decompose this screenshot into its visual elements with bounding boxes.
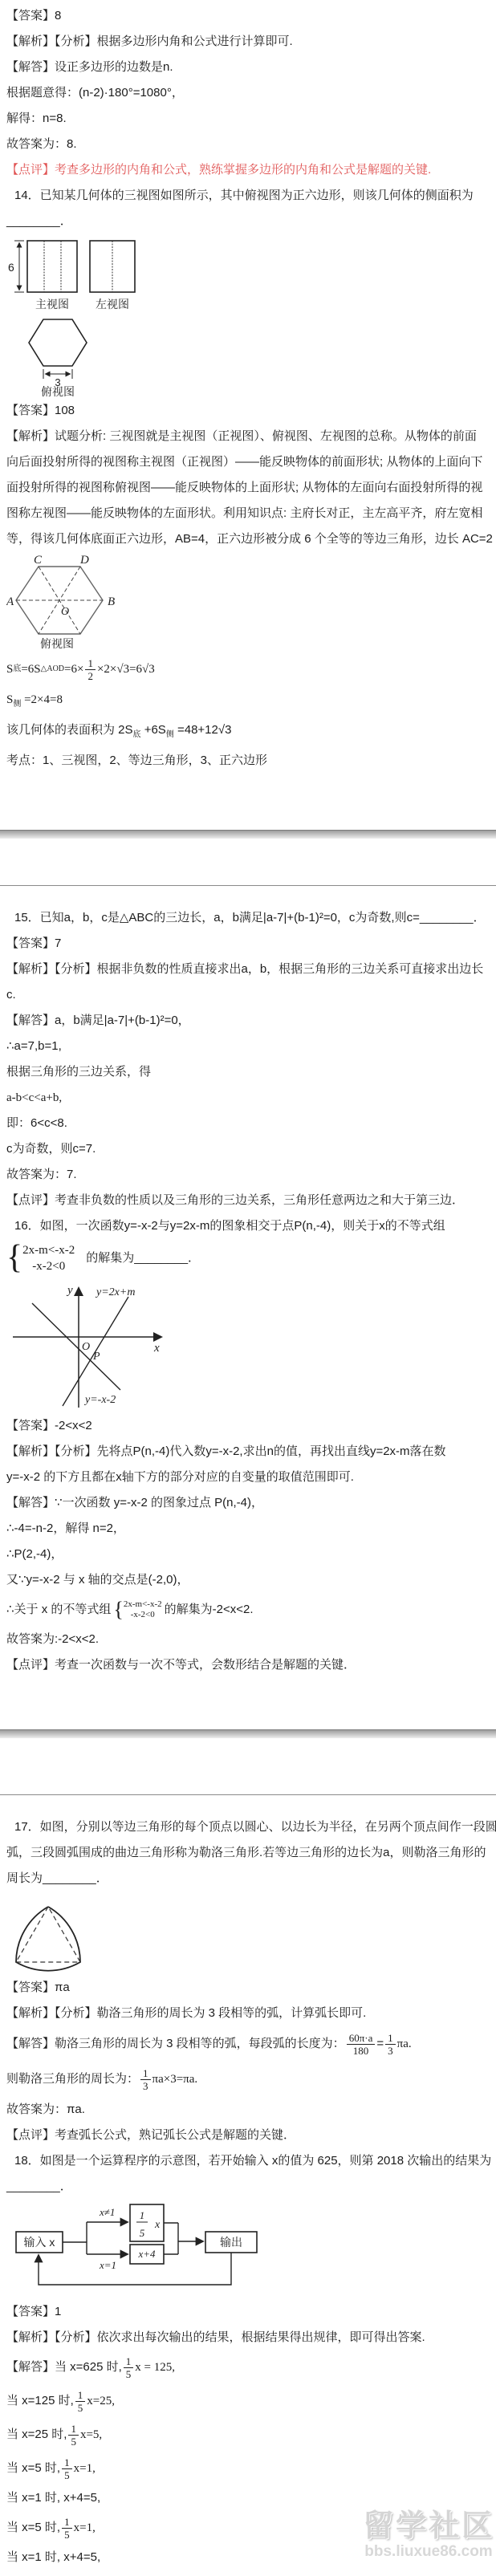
solution-line: 根据三角形的三边关系，得 [6, 1059, 488, 1085]
condition-equal-label: x=1 [99, 2259, 116, 2271]
answer-line: 【答案】108 [6, 398, 488, 424]
function-graph-figure: y x O y=2x+m y=-x-2 P [6, 1279, 179, 1412]
line-y-neg-x-minus-2 [32, 1303, 120, 1390]
math-piece: x = 125, [135, 2350, 175, 2384]
analysis-line: 【解析】【分析】根据非负数的性质直接求出a，b，根据三角形的三边关系可直接求出边… [6, 957, 488, 982]
analysis-line: 面投射所得的视图称俯视图——能反映物体的上面形状; 从物体的左面向右面投射所得的… [6, 475, 488, 501]
math-piece: x=1, [74, 2511, 96, 2545]
origin-label: O [82, 1341, 90, 1353]
answer-line: 【答案】1 [6, 2299, 488, 2325]
inequality-system-small: { 2x-m<-x-2 -x-2<0 [113, 1599, 161, 1620]
solution-line: ∴a=7,b=1, [6, 1034, 488, 1059]
fraction: 15 [62, 2456, 72, 2481]
blank-line: 的解集为________． [86, 1245, 200, 1271]
page-edge-shadow [0, 1729, 496, 1738]
fraction: 15 [68, 2423, 79, 2448]
side-view-caption: 左视图 [96, 298, 129, 311]
page-break [0, 830, 496, 886]
inequality-line-1: 2x-m<-x-2 [22, 1242, 75, 1258]
math-piece: =6S [21, 652, 40, 687]
solution-line-perimeter: 则勒洛三角形的周长为： 13 πa×3=πa. [6, 2062, 488, 2097]
analysis-line: 【解析】【分析】先将点P(n,-4)代入数y=-x-2,求出n的值，再找出直线y… [6, 1439, 488, 1465]
iteration-line: 【解答】当 x=625 时, 15 x = 125, [6, 2350, 488, 2384]
add-box-label: x+4 [137, 2248, 156, 2260]
iteration-line: 当 x=1 时, x+4=5, [6, 2485, 488, 2511]
fraction: 12 [85, 657, 96, 682]
solution-line: 解得：n=8. [6, 106, 488, 132]
math-piece: x=5, [80, 2418, 102, 2452]
math-piece: =2×4=8 [24, 693, 63, 706]
formula-side-area: S侧 =2×4=8 [6, 687, 488, 717]
math-piece: 则勒洛三角形的周长为： [6, 2062, 139, 2097]
math-sub: 侧 [166, 730, 174, 739]
question-line: 弧，三段圆弧围成的曲边三角形称为勒洛三角形.若等边三角形的边长为a，则勒洛三角形… [6, 1840, 488, 1866]
page-edge-shadow [0, 830, 496, 839]
math-piece: πa. [397, 2026, 412, 2062]
answer-line: 【答案】7 [6, 931, 488, 957]
inequality-line-2: -x-2<0 [124, 1610, 162, 1620]
solution-line: 又∵y=-x-2 与 x 轴的交点是(-2,0)， [6, 1567, 488, 1593]
analysis-line: 图称左视图——能反映物体的左面形状。利用知识点: 主府长对正，主左高平齐，府左宽… [6, 501, 488, 526]
comment-line: 【点评】考查非负数的性质以及三角形的三边关系，三角形任意两边之和大于第三边． [6, 1188, 488, 1213]
math-piece: ∴关于 x 的不等式组 [6, 1593, 111, 1627]
math-piece: x=25, [87, 2384, 115, 2418]
inner-dashed-triangle [16, 1907, 80, 1962]
vertex-label-a: A [6, 595, 14, 608]
math-piece: 的解集为-2<x<2. [165, 1593, 254, 1627]
divide-box-numerator: 1 [140, 2209, 145, 2221]
math-piece: 当 x=5 时, [6, 2452, 60, 2485]
fraction: 15 [62, 2516, 72, 2541]
top-view-caption: 俯视图 [41, 385, 75, 396]
solution-line: 即：6<c<8. [6, 1111, 488, 1136]
page-top-line [0, 885, 496, 886]
analysis-line: 向后面投射所得的视图称主视图（正视图）——能反映物体的前面形状; 从物体的上面向… [6, 449, 488, 475]
question-line: 14．已知某几何体的三视图如图所示，其中俯视图为正六边形，则该几何体的侧面积为 [6, 183, 488, 209]
analysis-line: 等，得该几何体底面正六边形，AB=4，正六边形被分成 6 个全等的等边三角形，边… [6, 526, 488, 552]
y-axis-label: y [66, 1284, 73, 1297]
hexagon-caption: 俯视图 [40, 637, 74, 650]
answer-line: 【答案】8 [6, 3, 488, 29]
question-line: 16．如图，一次函数y=-x-2与y=2x-m的图象相交于点P(n,-4)，则关… [6, 1213, 488, 1239]
comment-line: 【点评】考查一次函数与一次不等式，会数形结合是解题的关键． [6, 1652, 488, 1678]
exam-points-line: 考点：1、三视图，2、等边三角形，3、正六边形 [6, 748, 488, 774]
brace-symbol: { [6, 1243, 22, 1274]
iteration-line: 当 x=25 时, 15 x=5, [6, 2418, 488, 2452]
math-piece: =48+12√3 [177, 723, 231, 737]
fraction-numerator: 1 [385, 2032, 396, 2045]
fraction: 15 [75, 2389, 86, 2414]
page-gap [0, 839, 496, 885]
fraction-numerator: 1 [140, 2067, 151, 2080]
fraction-numerator: 1 [85, 657, 96, 670]
x-axis-label: x [153, 1342, 160, 1355]
center-label-o: O [61, 606, 69, 618]
question-line: 17．如图，分别以等边三角形的每个顶点以圆心、以边长为半径，在另两个顶点间作一段… [6, 1814, 488, 1840]
top-view-hexagon [29, 319, 87, 366]
comment-line: 【点评】考查多边形的内角和公式，熟练掌握多边形的内角和公式是解题的关键. [6, 157, 488, 183]
fraction-denominator: 180 [353, 2045, 369, 2057]
fraction-denominator: 5 [126, 2368, 132, 2380]
math-piece: ×2×√3=6√3 [97, 652, 155, 687]
page-top-line [0, 1794, 496, 1795]
page-gap [0, 1738, 496, 1794]
question-line: 周长为________． [6, 1866, 488, 1891]
analysis-line: 【解析】【分析】勒洛三角形的周长为 3 段相等的弧，计算弧长即可. [6, 2001, 488, 2026]
height-dimension-label: 6 [8, 261, 14, 274]
vertex-label-c: C [34, 554, 43, 567]
inequality-rows: 2x-m<-x-2 -x-2<0 [124, 1599, 162, 1620]
line2-equation-label: y=-x-2 [83, 1394, 116, 1406]
math-piece: = [376, 2026, 384, 2062]
fraction: 15 [124, 2355, 134, 2380]
reuleaux-triangle-figure [6, 1893, 95, 1973]
solution-line: 故答案为:-2<x<2. [6, 1627, 488, 1652]
three-views-figure: 6 主视图 左视图 3 俯视图 [6, 236, 207, 396]
iteration-line: 当 x=5 时, 15 x=1, [6, 2452, 488, 2485]
condition-not-equal-label: x≠1 [99, 2206, 115, 2218]
inequality-system-row: { 2x-m<-x-2 -x-2<0 的解集为________． [6, 1242, 488, 1274]
solution-line: a-b<c<a+b, [6, 1085, 488, 1111]
fraction-numerator: 1 [68, 2423, 79, 2436]
math-sub: △AOD [41, 652, 64, 687]
solution-line-arc-length: 【解答】勒洛三角形的周长为 3 段相等的弧，每段弧的长度为： 60π·a180 … [6, 2026, 488, 2062]
blank-line: ________． [6, 2174, 488, 2200]
fraction-numerator: 1 [124, 2355, 134, 2368]
math-piece: 当 x=25 时, [6, 2418, 67, 2452]
fraction-numerator: 1 [62, 2516, 72, 2529]
fraction-denominator: 3 [388, 2045, 393, 2057]
intersection-point-label: P [92, 1351, 100, 1363]
input-box-label: 输入 x [24, 2236, 55, 2249]
fraction: 13 [385, 2032, 396, 2057]
solution-line: 根据题意得：(n-2)·180°=1080°， [6, 80, 488, 106]
fraction-denominator: 5 [64, 2529, 70, 2541]
analysis-line: 【解析】试题分析: 三视图就是主视图（正视图）、俯视图、左视图的总称。从物体的前… [6, 424, 488, 449]
fraction: 13 [140, 2067, 151, 2092]
solution-line: 故答案为：πa. [6, 2097, 488, 2123]
watermark-site-name: 留学社区 [363, 2510, 494, 2544]
comment-line: 【点评】考查弧长公式，熟记弧长公式是解题的关键． [6, 2123, 488, 2148]
question-line: 18．如图是一个运算程序的示意图，若开始输入 x的值为 625，则第 2018 … [6, 2148, 488, 2174]
solution-line: 【解答】设正多边形的边数是n. [6, 55, 488, 80]
front-view-rect [27, 241, 77, 292]
math-sub: 底 [133, 730, 141, 739]
math-sub: 底 [13, 652, 21, 687]
math-piece: πa×3=πa. [152, 2062, 198, 2097]
math-piece: x=1, [74, 2452, 96, 2485]
analysis-line: c. [6, 982, 488, 1008]
brace-symbol: { [113, 1600, 123, 1619]
fraction-denominator: 3 [143, 2080, 148, 2092]
line1-equation-label: y=2x+m [95, 1286, 135, 1298]
solution-line: 【解答】∵一次函数 y=-x-2 的图象过点 P(n,-4)， [6, 1490, 488, 1516]
solution-line: c为奇数，则c=7. [6, 1136, 488, 1162]
inequality-rows: 2x-m<-x-2 -x-2<0 [22, 1242, 75, 1274]
solution-line-with-system: ∴关于 x 的不等式组 { 2x-m<-x-2 -x-2<0 的解集为-2<x<… [6, 1593, 488, 1627]
math-sub: 侧 [13, 700, 21, 709]
math-piece: 【解答】勒洛三角形的周长为 3 段相等的弧，每段弧的长度为： [6, 2026, 345, 2062]
fraction-numerator: 1 [62, 2456, 72, 2469]
reuleaux-outline [16, 1907, 80, 1971]
fraction-numerator: 60π·a [347, 2032, 376, 2045]
inequality-line-2: -x-2<0 [22, 1258, 75, 1274]
output-box-label: 输出 [220, 2236, 242, 2249]
math-piece: 该几何体的表面积为 2S [6, 723, 133, 737]
solution-line: 【解答】a，b满足|a-7|+(b-1)²=0， [6, 1008, 488, 1034]
math-piece: 当 x=5 时, [6, 2511, 60, 2545]
watermark-site-url: bbs.liuxue86.com [363, 2544, 494, 2561]
formula-base-area: S底 =6S△AOD =6× 12 ×2×√3=6√3 [6, 652, 488, 687]
fraction: 60π·a180 [347, 2032, 376, 2057]
vertex-label-b: B [108, 595, 115, 608]
question-line: 15．已知a，b，c是△ABC的三边长，a，b满足|a-7|+(b-1)²=0，… [6, 905, 488, 931]
answer-line: 【答案】πa [6, 1975, 488, 2001]
solution-line: 故答案为：7. [6, 1162, 488, 1188]
fraction-denominator: 5 [71, 2436, 76, 2448]
answer-sheet-page: 【答案】8 【解析】【分析】根据多边形内角和公式进行计算即可. 【解答】设正多边… [0, 0, 496, 2576]
inequality-system: { 2x-m<-x-2 -x-2<0 [6, 1242, 75, 1274]
formula-surface-area: 该几何体的表面积为 2S底 +6S侧 =48+12√3 [6, 717, 488, 748]
watermark: 留学社区 bbs.liuxue86.com [363, 2510, 494, 2561]
math-piece: +6S [144, 723, 166, 737]
page-break [0, 1729, 496, 1795]
divide-box-denominator: 5 [140, 2227, 145, 2239]
math-piece: 【解答】当 x=625 时, [6, 2350, 122, 2384]
solution-line: 故答案为：8. [6, 132, 488, 157]
fraction-denominator: 5 [78, 2402, 83, 2414]
feedback-loop [39, 2253, 231, 2285]
math-piece: S [6, 652, 13, 687]
analysis-line: y=-x-2 的下方且都在x轴下方的部分对应的自变量的取值范围即可. [6, 1465, 488, 1490]
divide-box-variable: x [154, 2219, 161, 2231]
analysis-line: 【解析】【分析】根据多边形内角和公式进行计算即可. [6, 29, 488, 55]
solution-line: ∴-4=-n-2，解得 n=2， [6, 1516, 488, 1542]
math-piece: 当 x=125 时, [6, 2384, 74, 2418]
iteration-line: 当 x=125 时, 15 x=25, [6, 2384, 488, 2418]
solution-line: ∴P(2,-4)， [6, 1542, 488, 1567]
fraction-denominator: 2 [87, 670, 93, 682]
analysis-line: 【解析】【分析】依次求出每次输出的结果，根据结果得出规律，即可得出答案. [6, 2325, 488, 2350]
blank-line: ________． [6, 209, 488, 234]
hexagon-diagonals-figure: C D A B O 俯视图 [6, 554, 127, 650]
answer-line: 【答案】-2<x<2 [6, 1413, 488, 1439]
fraction-numerator: 1 [75, 2389, 86, 2402]
inequality-line-1: 2x-m<-x-2 [124, 1599, 162, 1610]
vertex-label-d: D [79, 554, 89, 567]
fraction-denominator: 5 [64, 2469, 70, 2481]
flowchart-figure: 输入 x x≠1 1 5 x x=1 x+4 输出 [6, 2201, 279, 2298]
math-piece: =6× [64, 652, 83, 687]
front-view-caption: 主视图 [35, 298, 69, 311]
